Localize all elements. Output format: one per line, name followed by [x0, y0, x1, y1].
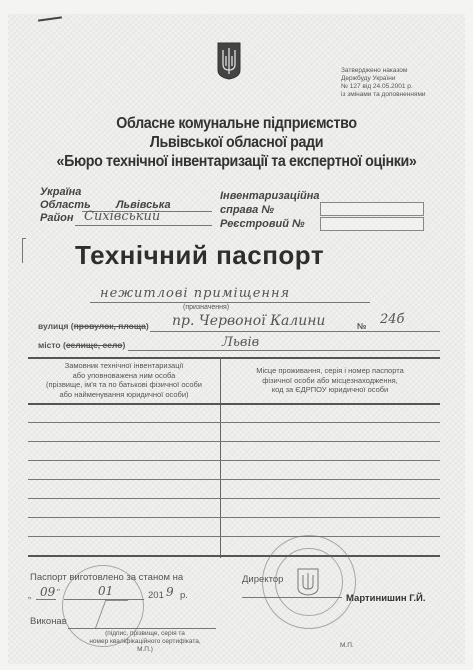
table-row[interactable]: [28, 479, 440, 480]
street-value[interactable]: пр. Червоної Калини: [172, 313, 325, 329]
table-bottom-border: [28, 555, 440, 557]
header-line: Замовник технічної інвентаризації: [30, 361, 218, 371]
approval-line: Держбуду України: [341, 75, 426, 83]
raion-value[interactable]: Сихівський: [84, 209, 160, 224]
building-number-value[interactable]: 24б: [380, 312, 404, 327]
coat-of-arms-icon: [217, 42, 241, 80]
register-label: Реєстровий №: [220, 218, 305, 230]
date-day-underline: [36, 599, 56, 600]
approval-line: Затверджено наказом: [341, 67, 426, 75]
date-open-quote: „: [28, 590, 31, 600]
header-line: (прізвище, ім'я та по батькові фізичної …: [30, 380, 218, 390]
purpose-value[interactable]: нежитлові приміщення: [100, 286, 290, 301]
table-row[interactable]: [28, 498, 440, 499]
table-row[interactable]: [28, 441, 440, 442]
page-title: Технічний паспорт: [75, 240, 324, 271]
city-underline: [128, 350, 440, 351]
organization-header: Обласне комунальне підприємство Львівськ…: [56, 114, 418, 171]
table-row[interactable]: [28, 517, 440, 518]
street-label-text: вулиця (: [38, 321, 74, 331]
number-label: №: [357, 321, 366, 331]
inventory-number-field[interactable]: [320, 202, 424, 216]
executor-label: Виконав: [30, 616, 67, 627]
official-seal: [262, 535, 356, 629]
city-label: місто (селище, село): [38, 340, 125, 350]
table-body: [28, 405, 440, 557]
approval-note: Затверджено наказом Держбуду України № 1…: [341, 67, 426, 99]
date-year-unit: р.: [180, 590, 188, 601]
header-line: фізичної особи або місцезнаходження,: [222, 376, 438, 386]
organization-line: «Бюро технічної інвентаризації та експер…: [56, 152, 418, 171]
approval-line: № 127 від 24.05.2001 р.: [341, 83, 426, 91]
city-label-struck: селище, село: [66, 340, 123, 350]
table-row[interactable]: [28, 422, 440, 423]
table-top-border: [28, 357, 440, 359]
raion-label: Район: [40, 212, 74, 224]
header-line: Місце проживання, серія і номер паспорта: [222, 366, 438, 376]
purpose-caption: (призначення): [183, 304, 229, 311]
inventory-label-cont: справа №: [220, 204, 274, 216]
city-label-text: місто (: [38, 340, 66, 350]
city-value[interactable]: Львів: [222, 335, 259, 350]
table-header-customer: Замовник технічної інвентаризації або уп…: [30, 361, 218, 399]
inventory-label: Інвентаризаційна: [220, 190, 320, 202]
table-row[interactable]: [28, 536, 440, 537]
seal-coat-of-arms-icon: [297, 568, 319, 596]
register-number-field[interactable]: [320, 217, 424, 231]
country-label: Україна: [40, 186, 81, 198]
street-label: вулиця (провулок, площа): [38, 321, 149, 331]
margin-bracket-mark: [22, 238, 26, 263]
date-close-quote: ": [57, 588, 60, 597]
date-year-suffix[interactable]: 9: [166, 585, 174, 599]
director-name: Мартинишин Г.Й.: [346, 593, 426, 604]
street-label-end: ): [146, 321, 149, 331]
approval-line: із змінами та доповненнями: [341, 91, 426, 99]
table-header-address: Місце проживання, серія і номер паспорта…: [222, 366, 438, 395]
seal-label: М.П.: [340, 642, 354, 649]
raion-underline: [75, 225, 212, 226]
organization-line: Обласне комунальне підприємство: [56, 114, 418, 133]
header-line: код за ЄДРПОУ юридичної особи: [222, 385, 438, 395]
header-line: або уповноважена ним особа: [30, 371, 218, 381]
header-line: або найменування юридичної особи): [30, 390, 218, 400]
street-label-struck: провулок, площа: [74, 321, 146, 331]
purpose-underline: [90, 302, 370, 303]
organization-line: Львівської обласної ради: [56, 133, 418, 152]
date-year-prefix: 201: [148, 590, 164, 601]
street-underline: [150, 331, 440, 332]
city-label-end: ): [122, 340, 125, 350]
table-row[interactable]: [28, 460, 440, 461]
date-day[interactable]: 09: [40, 585, 55, 599]
